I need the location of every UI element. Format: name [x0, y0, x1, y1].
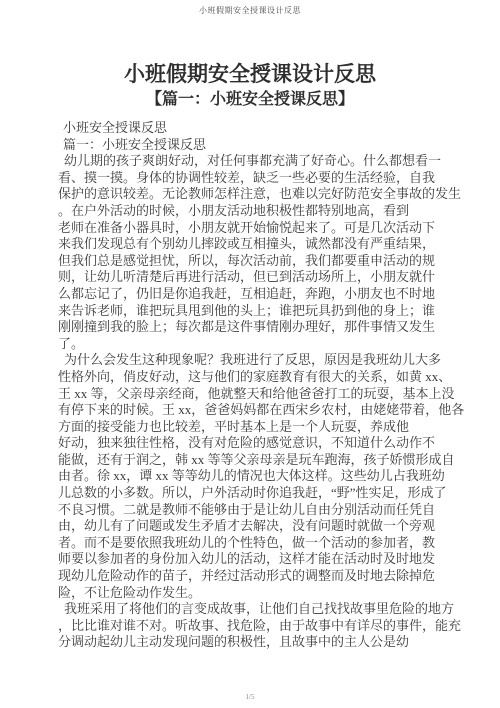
- page-number: 1/5: [0, 693, 500, 701]
- body-subheading: 篇一：小班安全授课反思: [58, 137, 494, 154]
- paragraph-2: 为什么会发生这种现象呢？我班进行了反思，原因是我班幼儿大多 性格外向，俏皮好动，…: [58, 352, 494, 601]
- running-header: 小班假期安全授课设计反思: [0, 5, 500, 16]
- document-title: 小班假期安全授课设计反思: [0, 58, 500, 88]
- paragraph-3: 我班采用了将他们的言变成故事，让他们自己找找故事里危险的地方 ，比比谁对谁不对。…: [58, 601, 494, 651]
- paragraph-1: 幼儿期的孩子爽朗好动，对任何事都充满了好奇心。什么都想看一 看、摸一摸。身体的协…: [58, 153, 494, 352]
- body-heading: 小班安全授课反思: [58, 120, 494, 137]
- document-page: 小班假期安全授课设计反思 小班假期安全授课设计反思 【篇一：小班安全授课反思】 …: [0, 0, 500, 708]
- section-heading: 【篇一：小班安全授课反思】: [0, 86, 500, 109]
- document-body: 小班安全授课反思 篇一：小班安全授课反思 幼儿期的孩子爽朗好动，对任何事都充满了…: [58, 120, 494, 651]
